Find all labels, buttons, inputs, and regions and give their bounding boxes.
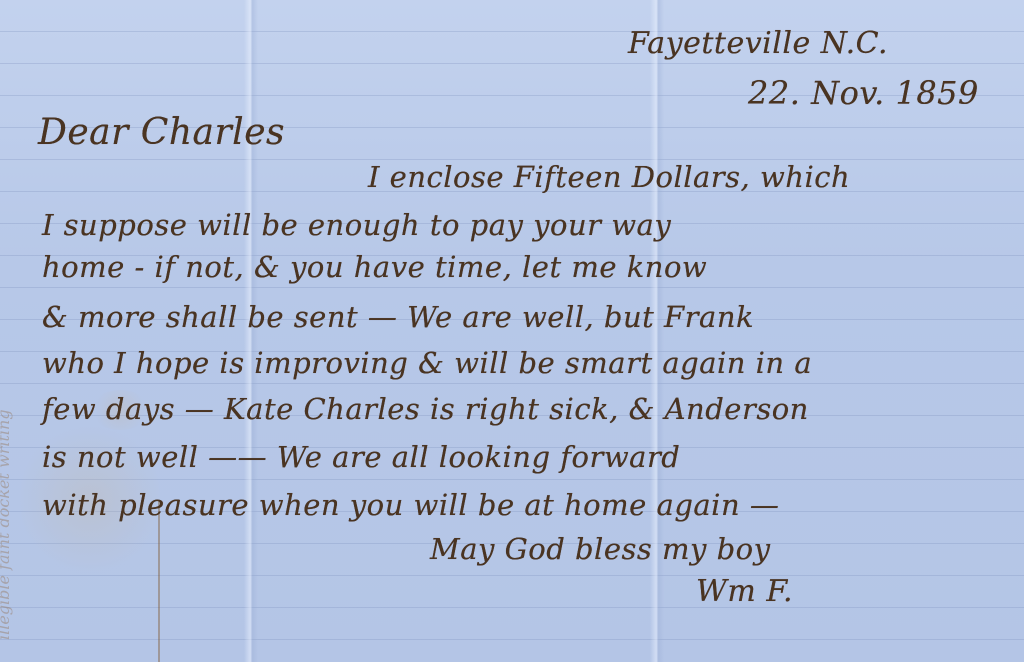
body-line-8: with pleasure when you will be at home a…	[42, 488, 779, 522]
ink-bleed-line	[158, 500, 160, 662]
body-line-6: few days — Kate Charles is right sick, &…	[42, 392, 809, 426]
body-line-1: I enclose Fifteen Dollars, which	[368, 160, 850, 194]
letter-greeting: Dear Charles	[38, 112, 285, 153]
letter-closing: May God bless my boy	[430, 532, 770, 566]
body-line-2: I suppose will be enough to pay your way	[42, 208, 671, 242]
letter-place: Fayetteville N.C.	[628, 26, 888, 61]
letter-signature: Wm F.	[696, 574, 793, 609]
body-line-7: is not well —— We are all looking forwar…	[42, 440, 680, 474]
letter-page: illegible faint docket writing Fayettevi…	[0, 0, 1024, 662]
body-line-4: & more shall be sent — We are well, but …	[42, 300, 754, 334]
body-line-5: who I hope is improving & will be smart …	[42, 346, 812, 380]
body-line-3: home - if not, & you have time, let me k…	[42, 250, 707, 284]
letter-date: 22. Nov. 1859	[748, 74, 979, 112]
